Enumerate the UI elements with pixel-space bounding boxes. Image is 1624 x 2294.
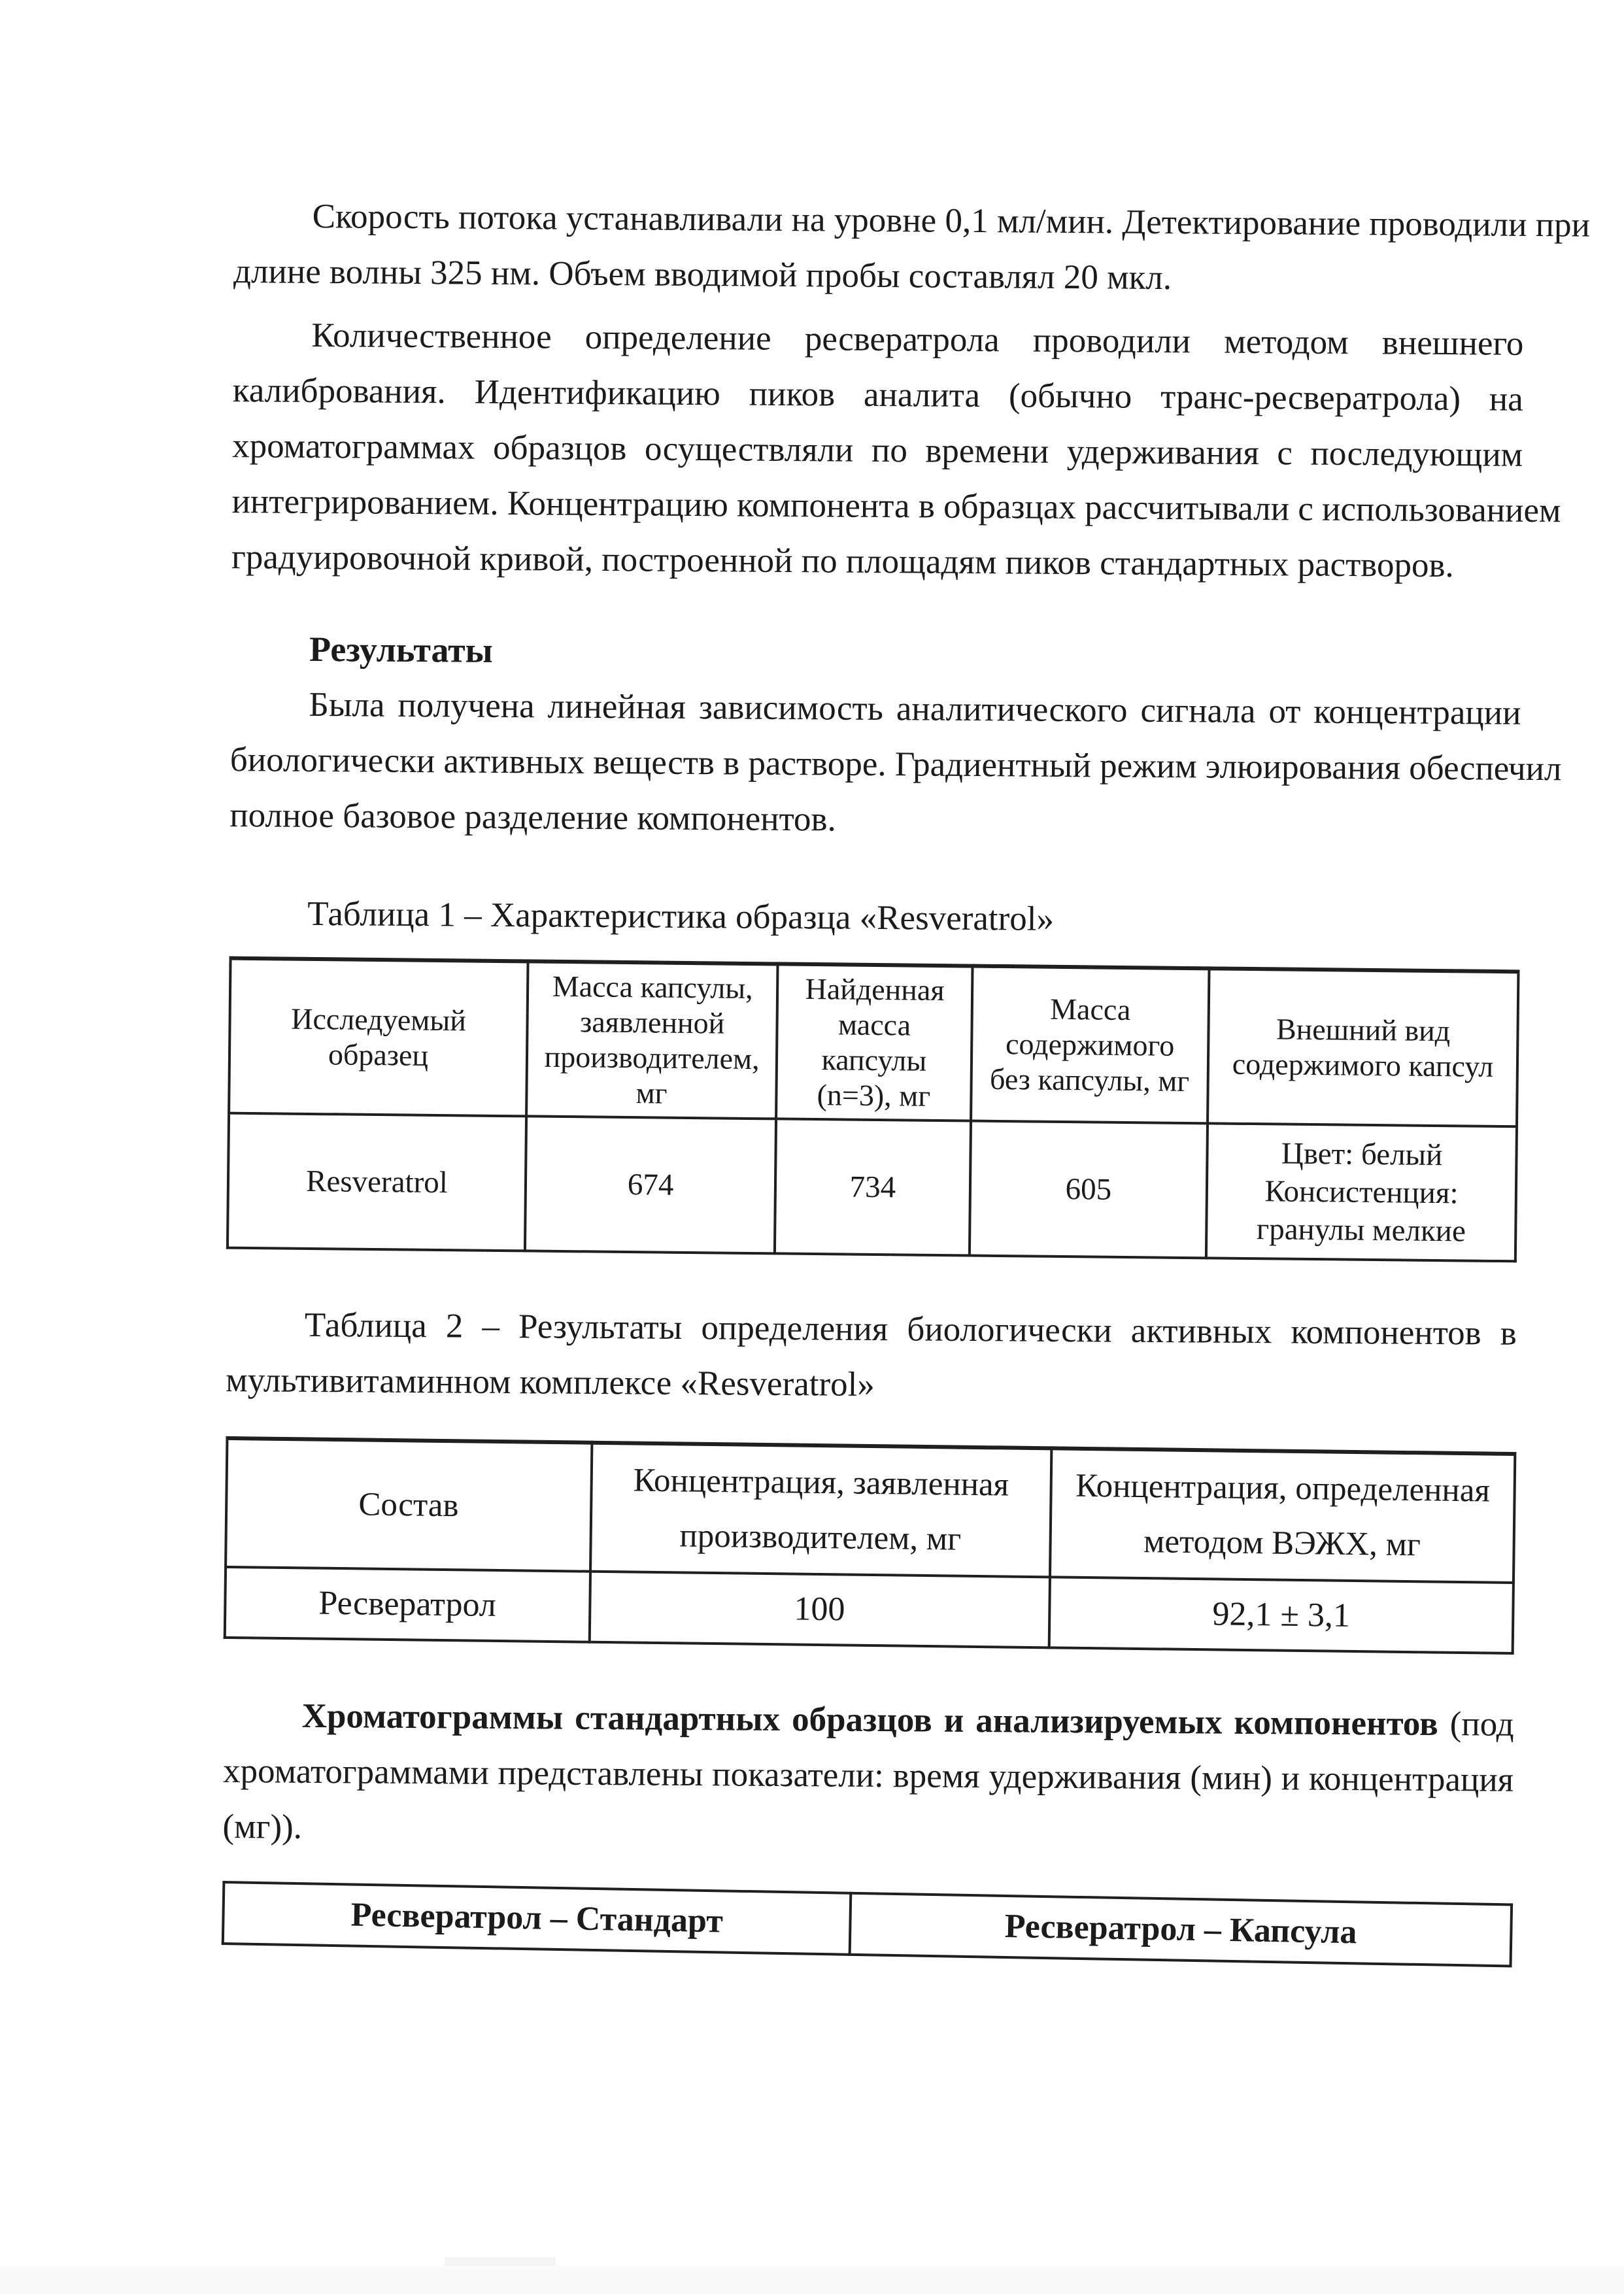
- table1-cell-content-mass: 605: [970, 1121, 1208, 1258]
- chromatogram-standard-header: Ресвератрол – Стандарт: [223, 1882, 851, 1955]
- scanned-page: Скорость потока устанавливали на уровне …: [0, 0, 1624, 2294]
- table2-caption: Таблица 2 – Результаты определения биоло…: [226, 1297, 1517, 1417]
- table2-header-declared-concentration: Концентрация, заявленная производителем,…: [590, 1443, 1052, 1577]
- paragraph-line: калибрования. Идентификацию пиков аналит…: [233, 363, 1524, 428]
- table1-header-sample: Исследуемый образец: [229, 958, 528, 1117]
- chromatogram-table: Ресвератрол – Стандарт Ресвератрол – Кап…: [222, 1881, 1513, 1967]
- paragraph-line: Количественное определение ресвератрола …: [233, 307, 1524, 372]
- body-paragraph-1: Скорость потока устанавливали на уровне …: [233, 188, 1525, 309]
- body-paragraph-2: Количественное определение ресвератрола …: [231, 307, 1524, 594]
- chromatograms-bold-text: Хроматограммы стандартных образцов и ана…: [302, 1697, 1438, 1743]
- paragraph-line: биологически активных веществ в растворе…: [230, 732, 1521, 797]
- table2-caption-line-2: мультивитаминном комплексе «Resveratrol»: [226, 1353, 1517, 1417]
- paragraph-line: (мг)).: [222, 1799, 1514, 1864]
- paragraph-line: хроматограммах образцов осуществляли по …: [232, 418, 1523, 483]
- table1-header-appearance: Внешний вид содержимого капсул: [1208, 968, 1518, 1126]
- table1-cell-sample: Resveratrol: [228, 1113, 526, 1251]
- table2-data-row: Ресвератрол 100 92,1 ± 3,1: [225, 1567, 1514, 1653]
- paragraph-line: полное базовое разделение компонентов.: [229, 788, 1521, 852]
- scan-edge-band: [0, 2265, 1624, 2294]
- table1: Исследуемый образец Масса капсулы, заявл…: [226, 956, 1520, 1263]
- chromatogram-capsule-header: Ресвератрол – Капсула: [850, 1893, 1512, 1966]
- table2-header-composition: Состав: [226, 1438, 592, 1572]
- table2-cell-hplc-concentration: 92,1 ± 3,1: [1049, 1577, 1513, 1653]
- paragraph-line: Хроматограммы стандартных образцов и ана…: [223, 1688, 1514, 1753]
- table2-cell-declared-concentration: 100: [589, 1572, 1050, 1648]
- table1-caption: Таблица 1 – Характеристика образца «Resv…: [229, 886, 1520, 951]
- chromatograms-paragraph: Хроматограммы стандартных образцов и ана…: [222, 1688, 1514, 1864]
- table1-header-row: Исследуемый образец Масса капсулы, заявл…: [229, 958, 1518, 1127]
- table1-cell-found-mass: 734: [775, 1119, 971, 1255]
- table2: Состав Концентрация, заявленная производ…: [224, 1436, 1517, 1655]
- paragraph-line: длине волны 325 нм. Объем вводимой пробы…: [233, 244, 1525, 309]
- page-content: Скорость потока устанавливали на уровне …: [222, 188, 1525, 1954]
- table1-header-content-mass: Масса содержимого без капсулы, мг: [971, 966, 1210, 1124]
- table2-header-row: Состав Концентрация, заявленная производ…: [226, 1438, 1515, 1583]
- table1-header-declared-mass: Масса капсулы, заявленной производителем…: [526, 961, 778, 1119]
- body-paragraph-3: Была получена линейная зависимость анали…: [229, 677, 1521, 852]
- paragraph-line: Скорость потока устанавливали на уровне …: [233, 188, 1525, 253]
- chromatograms-normal-text: (под: [1438, 1705, 1514, 1744]
- table2-header-hplc-concentration: Концентрация, определенная методом ВЭЖХ,…: [1050, 1448, 1515, 1583]
- table1-data-row: Resveratrol 674 734 605 Цвет: белый Конс…: [228, 1113, 1517, 1262]
- table2-cell-composition: Ресвератрол: [225, 1567, 590, 1642]
- table2-caption-line-1: Таблица 2 – Результаты определения биоло…: [226, 1297, 1517, 1362]
- table1-cell-appearance: Цвет: белый Консистенция: гранулы мелкие: [1206, 1123, 1517, 1261]
- chromatogram-table-header-row: Ресвератрол – Стандарт Ресвератрол – Кап…: [223, 1882, 1512, 1966]
- paragraph-line: хроматограммами представлены показатели:…: [223, 1744, 1514, 1808]
- paragraph-line: интегрированием. Концентрацию компонента…: [231, 474, 1523, 539]
- results-heading: Результаты: [231, 621, 1522, 686]
- paragraph-line: градуировочной кривой, построенной по пл…: [231, 530, 1523, 594]
- table1-header-found-mass: Найденная масса капсулы (n=3), мг: [776, 964, 972, 1121]
- table1-cell-declared-mass: 674: [525, 1116, 776, 1253]
- paragraph-line: Была получена линейная зависимость анали…: [230, 677, 1521, 741]
